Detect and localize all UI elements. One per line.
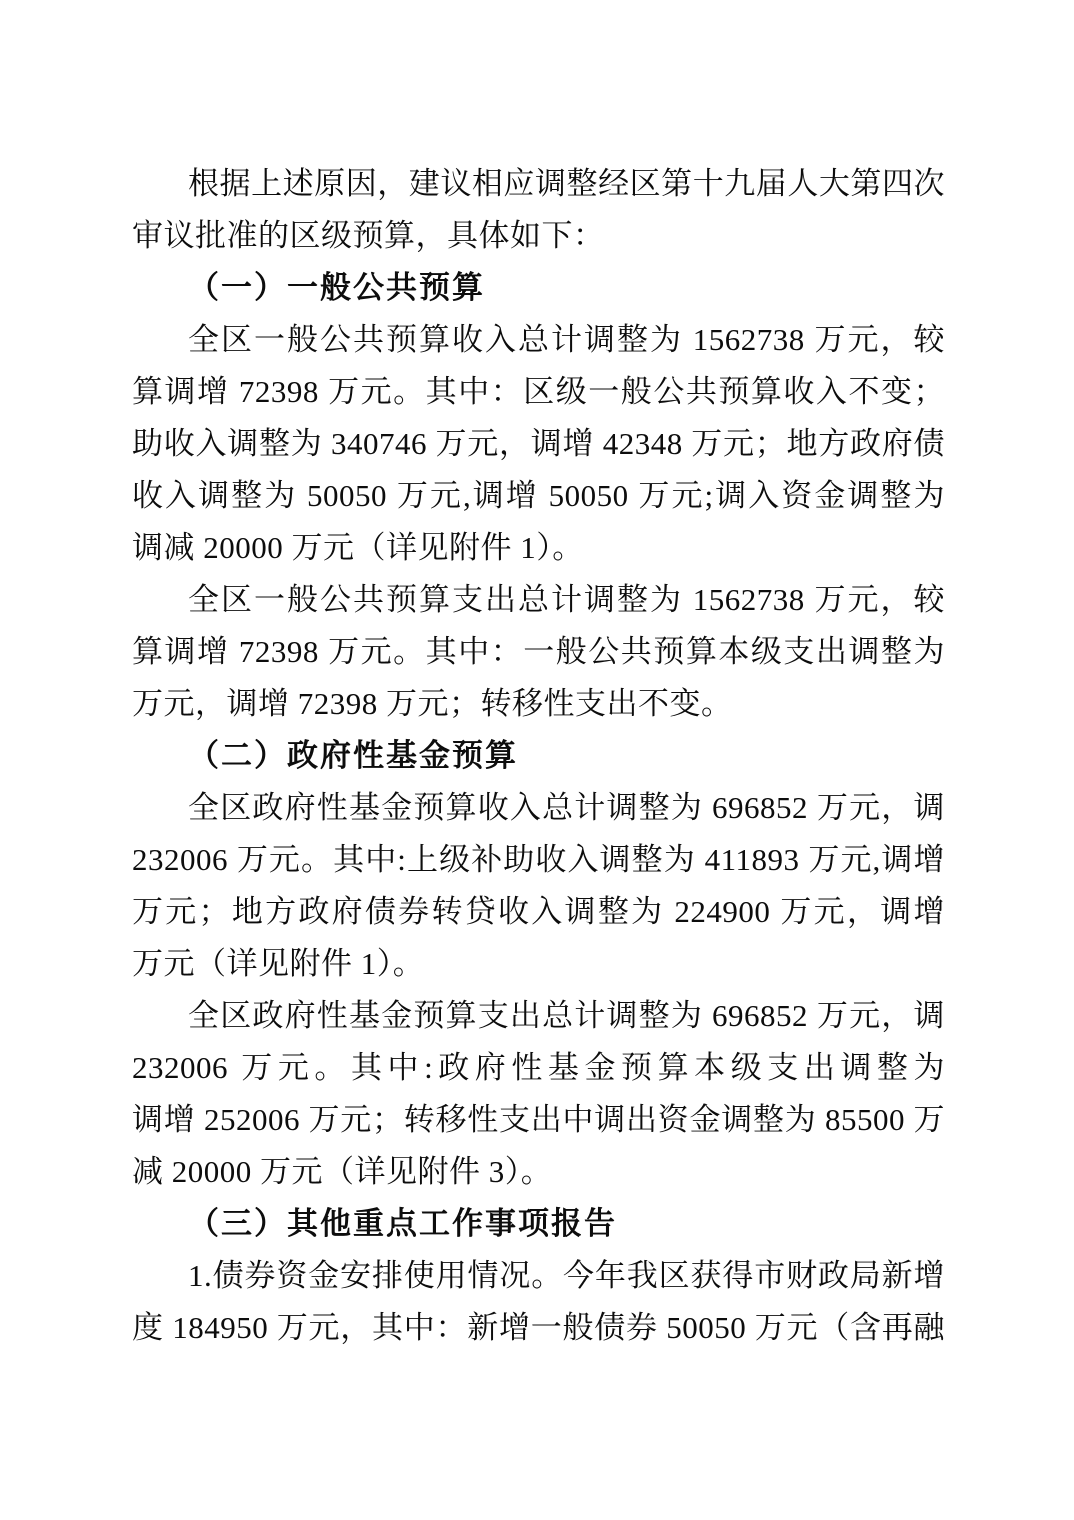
text-line: 1.债券资金安排使用情况。今年我区获得市财政局新增债券额 [132,1250,945,1302]
text-line: 算调增 72398 万元。其中：区级一般公共预算收入不变；上级补 [132,366,945,418]
text-line: 调增 252006 万元；转移性支出中调出资金调整为 85500 万元，调 [132,1094,945,1146]
text-line: 减 20000 万元（详见附件 3）。 [132,1146,945,1198]
text-line: 万元（详见附件 1）。 [132,938,945,990]
section-heading: （一）一般公共预算 [132,262,945,314]
text-line: 全区一般公共预算支出总计调整为 1562738 万元，较年初预 [132,574,945,626]
text-line: 审议批准的区级预算，具体如下： [132,210,945,262]
section-heading: （二）政府性基金预算 [132,730,945,782]
text-line: 助收入调整为 340746 万元，调增 42348 万元；地方政府债券转贷 [132,418,945,470]
text-line: 232006 万元。其中:上级补助收入调整为 411893 万元,调增 9710… [132,834,945,886]
text-line: 232006 万元。其中:政府性基金预算本级支出调整为 513307 万元, [132,1042,945,1094]
text-line: 全区一般公共预算收入总计调整为 1562738 万元，较年初预 [132,314,945,366]
text-line: 全区政府性基金预算支出总计调整为 696852 万元，调增 [132,990,945,1042]
text-line: 万元；地方政府债券转贷收入调整为 224900 万元，调增 134900 [132,886,945,938]
text-line: 收入调整为 50050 万元,调增 50050 万元;调入资金调整为 85500… [132,470,945,522]
text-line: 全区政府性基金预算收入总计调整为 696852 万元，调增 [132,782,945,834]
document-body: 根据上述原因，建议相应调整经区第十九届人大第四次会议 审议批准的区级预算，具体如… [132,158,945,1354]
text-line: 万元，调增 72398 万元；转移性支出不变。 [132,678,945,730]
section-heading: （三）其他重点工作事项报告 [132,1198,945,1250]
document-page: 根据上述原因，建议相应调整经区第十九届人大第四次会议 审议批准的区级预算，具体如… [0,0,1074,1520]
text-line: 根据上述原因，建议相应调整经区第十九届人大第四次会议 [132,158,945,210]
text-line: 度 184950 万元，其中：新增一般债券 50050 万元（含再融资债券 [132,1302,945,1354]
text-line: 调减 20000 万元（详见附件 1）。 [132,522,945,574]
text-line: 算调增 72398 万元。其中：一般公共预算本级支出调整为 1333722 [132,626,945,678]
